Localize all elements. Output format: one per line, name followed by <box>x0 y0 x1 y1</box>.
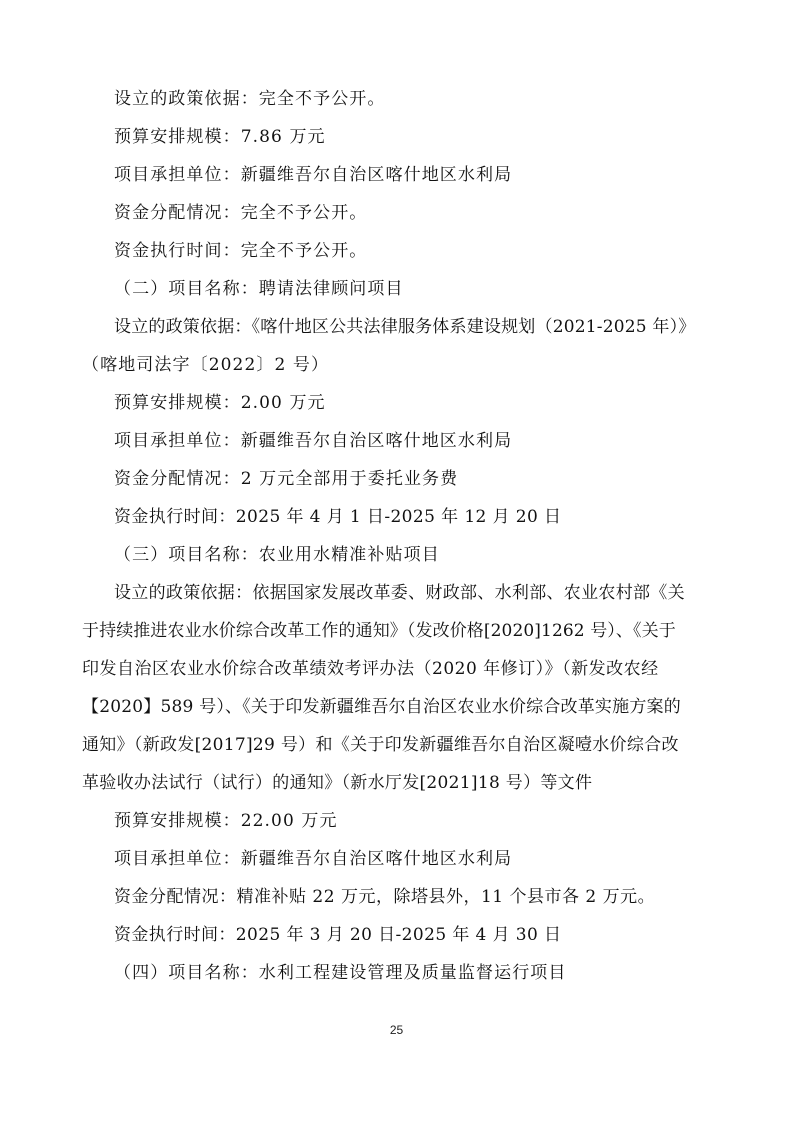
undertaking-unit-line: 项目承担单位：新疆维吾尔自治区喀什地区水利局 <box>114 849 512 869</box>
section-heading-2: （二）项目名称：聘请法律顾问项目 <box>114 279 404 299</box>
policy-basis-continuation: 于持续推进农业水价综合改革工作的通知》（发改价格[2020]1262 号）、《关… <box>82 621 676 641</box>
policy-basis-continuation: （喀地司法字〔2022〕2 号） <box>82 355 329 375</box>
fund-execution-line: 资金执行时间：完全不予公开。 <box>114 241 367 261</box>
policy-basis-continuation: 【2020】589 号）、《关于印发新疆维吾尔自治区农业水价综合改革实施方案的 <box>82 697 681 717</box>
budget-scale-line: 预算安排规模：7.86 万元 <box>114 127 326 147</box>
fund-execution-line: 资金执行时间：2025 年 4 月 1 日-2025 年 12 月 20 日 <box>114 507 561 527</box>
fund-allocation-line: 资金分配情况：2 万元全部用于委托业务费 <box>114 469 458 489</box>
policy-basis-line: 设立的政策依据：依据国家发展改革委、财政部、水利部、农业农村部《关 <box>114 583 685 603</box>
budget-scale-line: 预算安排规模：2.00 万元 <box>114 393 326 413</box>
fund-allocation-line: 资金分配情况：精准补贴 22 万元，除塔县外，11 个县市各 2 万元。 <box>114 887 655 907</box>
fund-allocation-line: 资金分配情况：完全不予公开。 <box>114 203 367 223</box>
section-heading-3: （三）项目名称：农业用水精准补贴项目 <box>114 545 440 565</box>
page-number: 25 <box>0 1023 793 1037</box>
policy-basis-continuation: 印发自治区农业水价综合改革绩效考评办法（2020 年修订）》（新发改农经 <box>82 659 659 679</box>
section-heading-4: （四）项目名称：水利工程建设管理及质量监督运行项目 <box>114 963 567 983</box>
undertaking-unit-line: 项目承担单位：新疆维吾尔自治区喀什地区水利局 <box>114 165 512 185</box>
document-page: 设立的政策依据：完全不予公开。 预算安排规模：7.86 万元 项目承担单位：新疆… <box>0 0 793 1122</box>
policy-basis-line: 设立的政策依据：完全不予公开。 <box>114 89 386 109</box>
policy-basis-continuation: 通知》（新政发[2017]29 号）和《关于印发新疆维吾尔自治区凝噎水价综合改 <box>82 735 679 755</box>
budget-scale-line: 预算安排规模：22.00 万元 <box>114 811 338 831</box>
undertaking-unit-line: 项目承担单位：新疆维吾尔自治区喀什地区水利局 <box>114 431 512 451</box>
policy-basis-continuation: 革验收办法试行（试行）的通知》（新水厅发[2021]18 号）等文件 <box>82 773 592 793</box>
fund-execution-line: 资金执行时间：2025 年 3 月 20 日-2025 年 4 月 30 日 <box>114 925 561 945</box>
policy-basis-line: 设立的政策依据：《喀什地区公共法律服务体系建设规划（2021-2025 年）》 <box>114 317 695 337</box>
